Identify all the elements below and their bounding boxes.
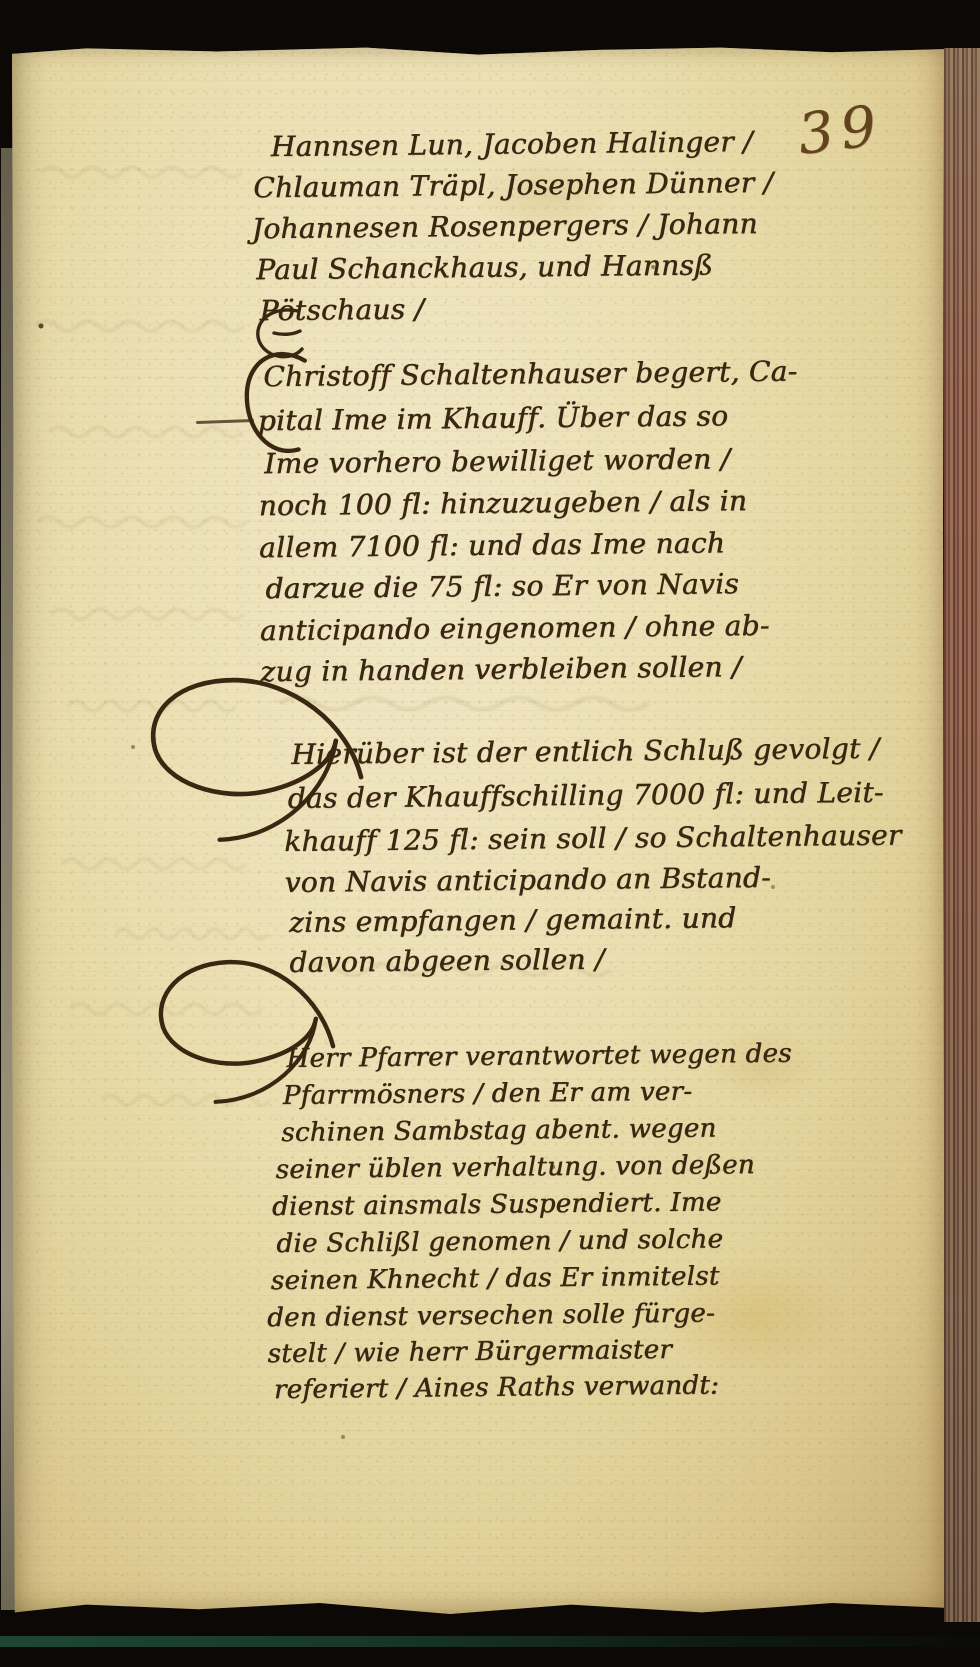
- text-line: Pfarrmösners / den Er am ver-: [283, 1077, 693, 1111]
- text-line: stelt / wie herr Bürgermaister: [267, 1335, 672, 1369]
- text-line: den dienst versechen solle fürge-: [267, 1299, 715, 1334]
- text-line: dienst ainsmals Suspendiert. Ime: [272, 1187, 722, 1222]
- text-line: die Schlißl genomen / und solche: [276, 1224, 723, 1259]
- table-surface-stripe: [0, 1636, 980, 1647]
- text-line: Herr Pfarrer verantwortet wegen des: [286, 1039, 792, 1074]
- paper-specks: [12, 46, 14, 48]
- manuscript-leaf: 39 Hannsen Lun, Jacoben Halinger / Chlau…: [12, 46, 944, 1614]
- text-line: referiert / Aines Raths verwandt:: [274, 1371, 719, 1406]
- manuscript-entry: Herr Pfarrer verantwortet wegen des Pfar…: [4, 41, 952, 1619]
- text-line: schinen Sambstag abent. wegen: [281, 1114, 717, 1149]
- text-line: seiner üblen verhaltung. von deßen: [275, 1150, 755, 1185]
- manuscript-photo: 39 Hannsen Lun, Jacoben Halinger / Chlau…: [0, 0, 980, 1667]
- book-fore-edge: [944, 48, 980, 1622]
- text-line: seinen Khnecht / das Er inmitelst: [271, 1261, 720, 1296]
